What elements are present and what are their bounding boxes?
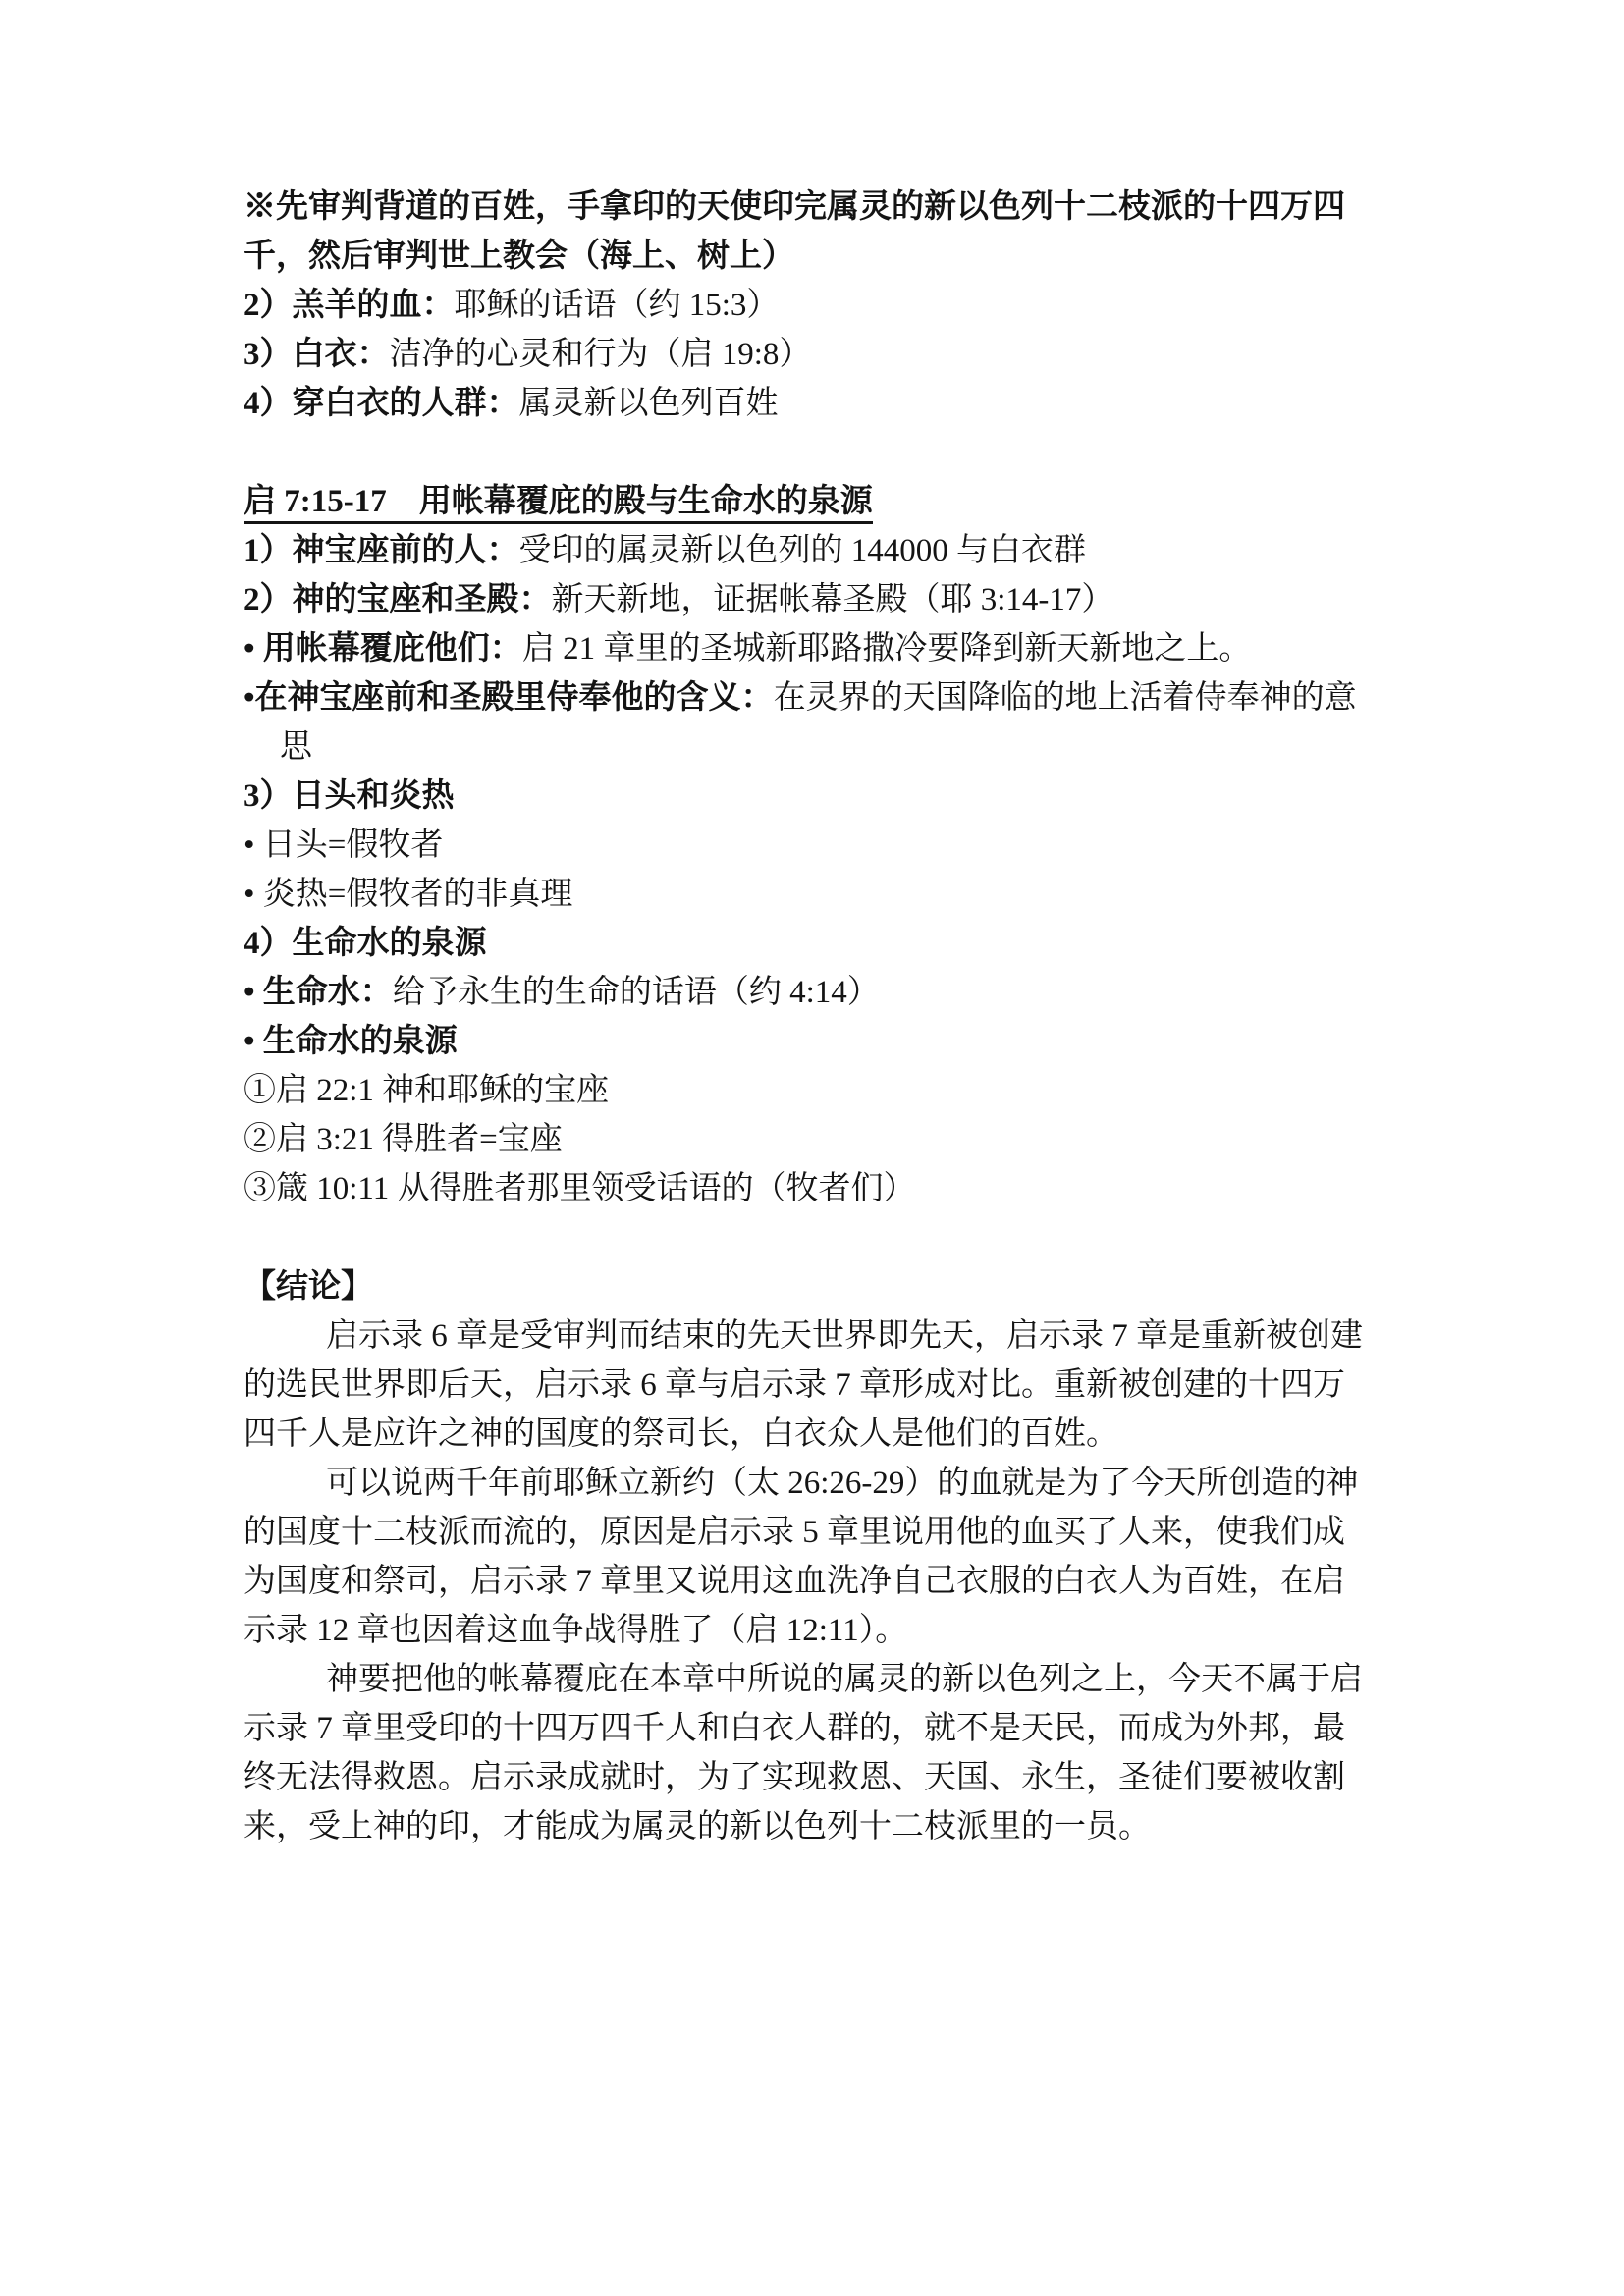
bold-text-run: 3）日头和炎热: [244, 778, 455, 814]
numbered-item: ①启 22:1 神和耶稣的宝座: [244, 1066, 1398, 1115]
paragraph-line: 为国度和祭司，启示录 7 章里又说用这血洗净自己衣服的白衣人为百姓，在启: [244, 1557, 1398, 1606]
text-run: ②启 3:21 得胜者=宝座: [244, 1122, 563, 1157]
text-run: 终无法得救恩。启示录成就时，为了实现救恩、天国、永生，圣徒们要被收割: [244, 1760, 1345, 1795]
bullet-item: •在神宝座前和圣殿里侍奉他的含义：在灵界的天国降临的地上活着侍奉神的意: [244, 673, 1398, 722]
wrapped-line: 思: [244, 722, 1398, 772]
text-run: 的国度十二枝派而流的，原因是启示录 5 章里说用他的血买了人来，使我们成: [244, 1515, 1345, 1550]
note-line: ※先审判背道的百姓，手拿印的天使印完属灵的新以色列十二枝派的十四万四: [244, 183, 1398, 232]
text-run: 来，受上神的印，才能成为属灵的新以色列十二枝派里的一员。: [244, 1809, 1151, 1844]
text-run: 示录 12 章也因着这血争战得胜了（启 12:11）。: [244, 1613, 907, 1648]
document-content: ※先审判背道的百姓，手拿印的天使印完属灵的新以色列十二枝派的十四万四千，然后审判…: [244, 183, 1398, 1851]
outline-item: 2）羔羊的血：耶稣的话语（约 15:3）: [244, 281, 1398, 330]
bullet-item: • 日头=假牧者: [244, 821, 1398, 870]
bold-text-run: • 生命水的泉源: [244, 1024, 458, 1059]
text-run: 给予永生的生命的话语（约 4:14）: [393, 975, 880, 1010]
text-run: ①启 22:1 神和耶稣的宝座: [244, 1073, 609, 1108]
text-run: 新天新地，证据帐幕圣殿（耶 3:14-17）: [552, 582, 1114, 617]
bold-text-run: 1）神宝座前的人：: [244, 533, 519, 568]
text-run: 启示录 6 章是受审判而结束的先天世界即先天，启示录 7 章是重新被创建: [326, 1318, 1363, 1354]
paragraph-line: 的国度十二枝派而流的，原因是启示录 5 章里说用他的血买了人来，使我们成: [244, 1508, 1398, 1557]
bold-text-run: 2）羔羊的血：: [244, 288, 455, 323]
bullet-item: • 生命水的泉源: [244, 1017, 1398, 1066]
blank-line: [244, 1213, 1398, 1262]
outline-item: 1）神宝座前的人：受印的属灵新以色列的 144000 与白衣群: [244, 526, 1398, 575]
outline-item: 2）神的宝座和圣殿：新天新地，证据帐幕圣殿（耶 3:14-17）: [244, 575, 1398, 624]
paragraph-line: 来，受上神的印，才能成为属灵的新以色列十二枝派里的一员。: [244, 1802, 1398, 1851]
bold-text-run: 【结论】: [244, 1269, 373, 1305]
numbered-item: ②启 3:21 得胜者=宝座: [244, 1115, 1398, 1164]
document-page: ※先审判背道的百姓，手拿印的天使印完属灵的新以色列十二枝派的十四万四千，然后审判…: [0, 0, 1624, 2296]
bold-text-run: •在神宝座前和圣殿里侍奉他的含义：: [244, 680, 774, 716]
bold-text-run: 4）穿白衣的人群：: [244, 386, 519, 421]
text-run: 为国度和祭司，启示录 7 章里又说用这血洗净自己衣服的白衣人为百姓，在启: [244, 1564, 1345, 1599]
text-run: • 日头=假牧者: [244, 828, 443, 863]
bold-text-run: 启 7:15-17 用帐幕覆庇的殿与生命水的泉源: [244, 484, 873, 524]
bold-text-run: 2）神的宝座和圣殿：: [244, 582, 552, 617]
text-run: 神要把他的帐幕覆庇在本章中所说的属灵的新以色列之上，今天不属于启: [326, 1662, 1363, 1697]
text-run: 属灵新以色列百姓: [519, 386, 779, 421]
bold-text-run: • 生命水：: [244, 975, 393, 1010]
bold-text-run: 4）生命水的泉源: [244, 926, 487, 961]
section-heading: 启 7:15-17 用帐幕覆庇的殿与生命水的泉源: [244, 477, 1398, 526]
paragraph-line: 的选民世界即后天，启示录 6 章与启示录 7 章形成对比。重新被创建的十四万: [244, 1361, 1398, 1410]
bold-text-run: 3）白衣：: [244, 337, 390, 372]
note-line: 千，然后审判世上教会（海上、树上）: [244, 232, 1398, 281]
bold-text-run: 千，然后审判世上教会（海上、树上）: [244, 239, 794, 274]
outline-item: 4）穿白衣的人群：属灵新以色列百姓: [244, 379, 1398, 428]
text-run: 受印的属灵新以色列的 144000 与白衣群: [519, 533, 1087, 568]
bullet-item: • 生命水：给予永生的生命的话语（约 4:14）: [244, 968, 1398, 1017]
text-run: 在灵界的天国降临的地上活着侍奉神的意: [774, 680, 1357, 716]
bullet-item: • 炎热=假牧者的非真理: [244, 870, 1398, 919]
text-run: 四千人是应许之神的国度的祭司长，白衣众人是他们的百姓。: [244, 1416, 1118, 1452]
paragraph-line: 神要把他的帐幕覆庇在本章中所说的属灵的新以色列之上，今天不属于启: [244, 1655, 1398, 1704]
paragraph-line: 示录 12 章也因着这血争战得胜了（启 12:11）。: [244, 1606, 1398, 1655]
paragraph-line: 终无法得救恩。启示录成就时，为了实现救恩、天国、永生，圣徒们要被收割: [244, 1753, 1398, 1802]
numbered-item: ③箴 10:11 从得胜者那里领受话语的（牧者们）: [244, 1164, 1398, 1213]
text-run: 耶稣的话语（约 15:3）: [455, 288, 780, 323]
paragraph-line: 启示录 6 章是受审判而结束的先天世界即先天，启示录 7 章是重新被创建: [244, 1311, 1398, 1361]
text-run: 思: [280, 729, 312, 765]
paragraph-line: 可以说两千年前耶稣立新约（太 26:26-29）的血就是为了今天所创造的神: [244, 1459, 1398, 1508]
outline-item: 3）日头和炎热: [244, 772, 1398, 821]
text-run: 启 21 章里的圣城新耶路撒冷要降到新天新地之上。: [522, 631, 1252, 667]
paragraph-line: 示录 7 章里受印的十四万四千人和白衣人群的，就不是天民，而成为外邦，最: [244, 1704, 1398, 1753]
blank-line: [244, 428, 1398, 477]
text-run: 的选民世界即后天，启示录 6 章与启示录 7 章形成对比。重新被创建的十四万: [244, 1367, 1345, 1403]
text-run: • 炎热=假牧者的非真理: [244, 877, 572, 912]
text-run: 可以说两千年前耶稣立新约（太 26:26-29）的血就是为了今天所创造的神: [326, 1466, 1358, 1501]
outline-item: 4）生命水的泉源: [244, 919, 1398, 968]
text-run: ③箴 10:11 从得胜者那里领受话语的（牧者们）: [244, 1171, 915, 1206]
bold-text-run: ※先审判背道的百姓，手拿印的天使印完属灵的新以色列十二枝派的十四万四: [244, 189, 1345, 225]
bullet-item: • 用帐幕覆庇他们：启 21 章里的圣城新耶路撒冷要降到新天新地之上。: [244, 624, 1398, 673]
paragraph-line: 四千人是应许之神的国度的祭司长，白衣众人是他们的百姓。: [244, 1410, 1398, 1459]
bold-text-run: • 用帐幕覆庇他们：: [244, 631, 522, 667]
text-run: 示录 7 章里受印的十四万四千人和白衣人群的，就不是天民，而成为外邦，最: [244, 1711, 1345, 1746]
text-run: 洁净的心灵和行为（启 19:8）: [390, 337, 812, 372]
outline-item: 3）白衣：洁净的心灵和行为（启 19:8）: [244, 330, 1398, 379]
conclusion-heading: 【结论】: [244, 1262, 1398, 1311]
